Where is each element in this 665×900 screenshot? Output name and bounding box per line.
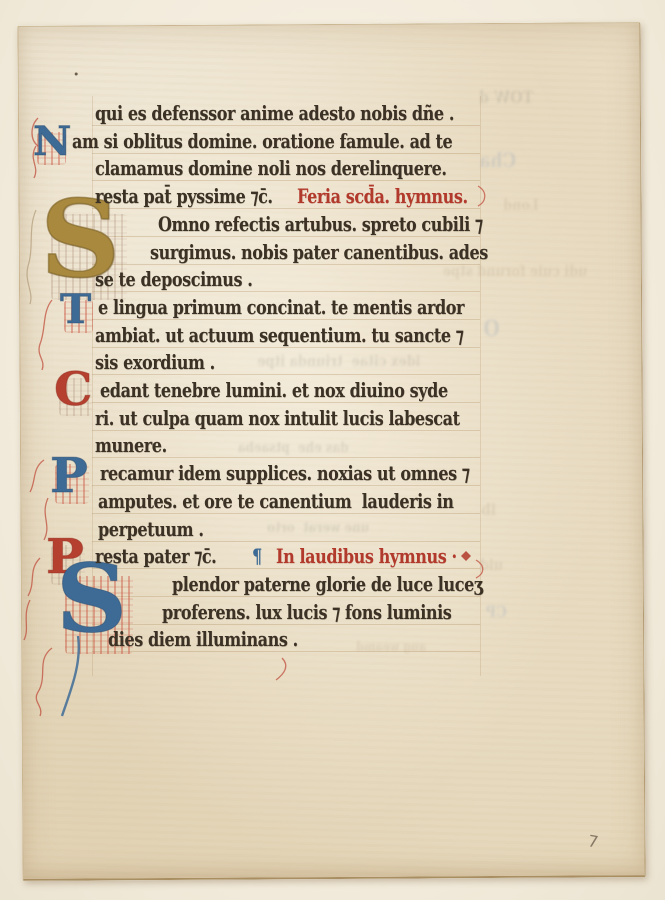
text-segment: perpetuum .: [98, 517, 204, 541]
ruling-line: [92, 153, 480, 154]
text-line: ri. ut culpa quam nox intulit lucis labe…: [95, 406, 460, 430]
bleedthrough-text: ib: [481, 500, 496, 519]
ruling-line: [92, 457, 480, 458]
ruling-line: [92, 374, 480, 375]
text-segment: qui es defenssor anime adesto nobis dñe …: [95, 101, 454, 125]
ruling-line: [92, 208, 480, 209]
ruling-line: [92, 430, 480, 431]
text-segment: surgimus. nobis pater canentibus. ades: [150, 240, 488, 264]
text-line: proferens. lux lucis ⁊ fons luminis: [162, 600, 451, 624]
text-segment: dies diem illuminans .: [108, 627, 298, 651]
text-line: am si oblitus domine. oratione famule. a…: [72, 129, 452, 153]
ruling-line: [92, 624, 480, 625]
bleedthrough-text: Cha: [479, 148, 516, 172]
text-line: qui es defenssor anime adesto nobis dñe …: [95, 101, 454, 125]
ruling-line: [92, 347, 480, 348]
text-line: resta pater ⁊c̄.¶In laudibus hymnus ·: [95, 544, 216, 568]
ink-speck: [75, 73, 78, 76]
text-segment: ri. ut culpa quam nox intulit lucis labe…: [95, 406, 460, 430]
bleedthrough-text: O: [483, 316, 499, 342]
ruling-line: [92, 180, 480, 181]
rubric-segment: ¶: [252, 544, 262, 568]
illuminated-initial-P: P: [50, 452, 88, 500]
text-line: edant tenebre lumini. et nox diuino syde: [100, 378, 448, 402]
illuminated-initial-T: T: [60, 290, 91, 330]
rubric-segment: In laudibus hymnus ·: [276, 544, 457, 568]
text-line: resta pat̄ pyssime ⁊c̄.Feria scd̄a. hymn…: [95, 184, 273, 208]
bleedthrough-text: une werat orto: [267, 520, 369, 536]
text-line: surgimus. nobis pater canentibus. ades: [150, 240, 488, 264]
ruling-line: [92, 596, 480, 597]
bleedthrough-text: das ehe ptsaeba: [238, 440, 349, 456]
bleedthrough-text: Lond: [503, 196, 539, 214]
manuscript-photo: TOW dChaLondudi cuie forund stpeOidex ci…: [0, 0, 665, 900]
ruling-line: [92, 402, 480, 403]
text-line: amputes. et ore te canentium lauderis in: [98, 489, 454, 513]
bleedthrough-text: uid: [480, 556, 503, 574]
text-line: perpetuum .: [98, 517, 204, 541]
text-segment: e lingua primum concinat. te mentis ardo…: [98, 295, 464, 319]
text-segment: se te deposcimus .: [95, 267, 252, 291]
text-segment: munere.: [95, 433, 167, 457]
text-segment: clamamus domine noli nos derelinquere.: [95, 156, 447, 180]
ruling-line: [92, 319, 480, 320]
text-line: recamur idem supplices. noxias ut omnes …: [100, 461, 469, 485]
illuminated-initial-N: N: [33, 122, 71, 162]
text-segment: Omno refectis artubus. spreto cubili ⁊: [158, 212, 483, 236]
text-line: Omno refectis artubus. spreto cubili ⁊: [158, 212, 483, 236]
text-line: munere.: [95, 433, 167, 457]
ruling-line: [92, 568, 480, 569]
text-line: sis exordium .: [95, 350, 215, 374]
text-segment: amputes. et ore te canentium lauderis in: [98, 489, 454, 513]
bleedthrough-text: TOW d: [479, 88, 534, 108]
bleedthrough-text: udi cuie forund stpe: [443, 262, 588, 280]
bleedthrough-text: aug weamd: [356, 640, 426, 655]
text-segment: resta pater ⁊c̄.: [95, 544, 216, 568]
illuminated-initial-C: C: [54, 366, 92, 412]
text-segment: recamur idem supplices. noxias ut omnes …: [100, 461, 469, 485]
text-segment: am si oblitus domine. oratione famule. a…: [72, 129, 452, 153]
text-segment: ambiat. ut actuum sequentium. tu sancte …: [95, 323, 463, 347]
ruling-line: [92, 485, 480, 486]
bleedthrough-text: idex citae triunda itpe: [257, 352, 420, 370]
text-line: clamamus domine noli nos derelinquere.: [95, 156, 447, 180]
text-segment: edant tenebre lumini. et nox diuino syde: [100, 378, 448, 402]
ruling-line: [92, 125, 480, 126]
ruling-line: [92, 236, 480, 237]
text-line: e lingua primum concinat. te mentis ardo…: [98, 295, 464, 319]
rubric-segment: Feria scd̄a. hymnus.: [297, 184, 468, 208]
text-line: plendor paterne glorie de luce luceʒ: [172, 572, 483, 596]
text-line: dies diem illuminans .: [108, 627, 298, 651]
text-segment: proferens. lux lucis ⁊ fons luminis: [162, 600, 451, 624]
ruling-line: [92, 541, 480, 542]
text-segment: sis exordium .: [95, 350, 215, 374]
text-line: ambiat. ut actuum sequentium. tu sancte …: [95, 323, 463, 347]
text-segment: plendor paterne glorie de luce luceʒ: [172, 572, 483, 596]
ruling-line: [92, 264, 480, 265]
ruling-line: [92, 513, 480, 514]
ruling-line: [92, 291, 480, 292]
text-line: se te deposcimus .: [95, 267, 252, 291]
bleedthrough-text: CP: [486, 602, 507, 621]
text-segment: resta pat̄ pyssime ⁊c̄.: [95, 184, 273, 208]
